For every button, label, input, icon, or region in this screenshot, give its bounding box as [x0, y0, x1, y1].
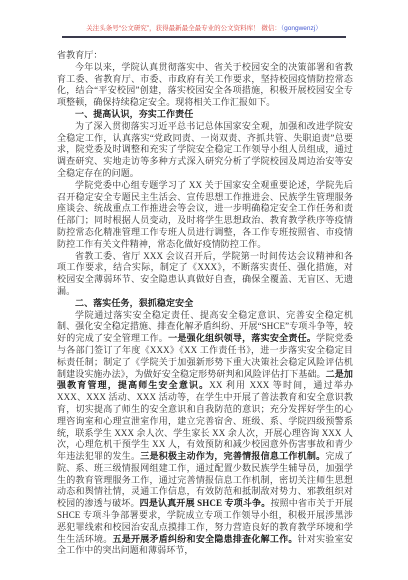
paragraph-4: 省教工委、省厅 XXX 会议召开后，学院第一时间传达会议精神和各项工作要求，结合…: [57, 251, 353, 298]
paragraph-5: 学院通过落实安全稳定责任、提高安全稳定意识、完善安全稳定机制、强化安全稳定措施、…: [57, 310, 353, 558]
paragraph-2: 为了深入贯彻落实习近平总书记总体国家安全观，加强和改进学院安全稳定工作，认真落实…: [57, 121, 353, 180]
salutation: 省教育厅：: [57, 50, 353, 62]
document-page: 关注头条号“公文研究”，获得最新最全最专业的公文资料库！ 微信：（gongwen…: [0, 0, 408, 580]
promo-text: 关注头条号“公文研究”，获得最新最全最专业的公文资料库！ 微信：: [86, 25, 281, 32]
section-heading-1: 一、提高认识，夯实工作责任: [57, 109, 353, 121]
paragraph-3: 学院党委中心组专题学习了 XX 关于国家安全观重要论述，学院先后召开稳定安全专题…: [57, 180, 353, 251]
header-divider: [62, 36, 346, 38]
header-promo-note: 关注头条号“公文研究”，获得最新最全最专业的公文资料库！ 微信：（gongwen…: [62, 25, 346, 33]
wechat-link[interactable]: （gongwenzj）: [281, 25, 322, 32]
para5-seg-5: 三是积极主动作为，完善情报信息工作机制。: [140, 451, 325, 461]
document-body: 省教育厅： 今年以来，学院认真贯彻落实中、省关于校园安全的决策部署和省教育工委、…: [57, 50, 353, 557]
paragraph-intro: 今年以来，学院认真贯彻落实中、省关于校园安全的决策部署和省教育工委、省教育厅、市…: [57, 62, 353, 109]
para5-seg-7: 四是认真开展 SHCE 专项斗争。: [140, 498, 271, 508]
para5-seg-4: XX 利用 XXX 等时间，通过举办 XXX、XXX 活动、XXX 活动等，在学…: [57, 380, 353, 461]
section-heading-2: 二、落实任务，狠抓稳定安全: [57, 298, 353, 310]
para5-seg-9: 五是开展矛盾纠纷和安全隐患排查化解工作。: [113, 534, 298, 544]
para5-seg-1: 一是强化组织领导，落实安全责任。: [168, 333, 316, 343]
